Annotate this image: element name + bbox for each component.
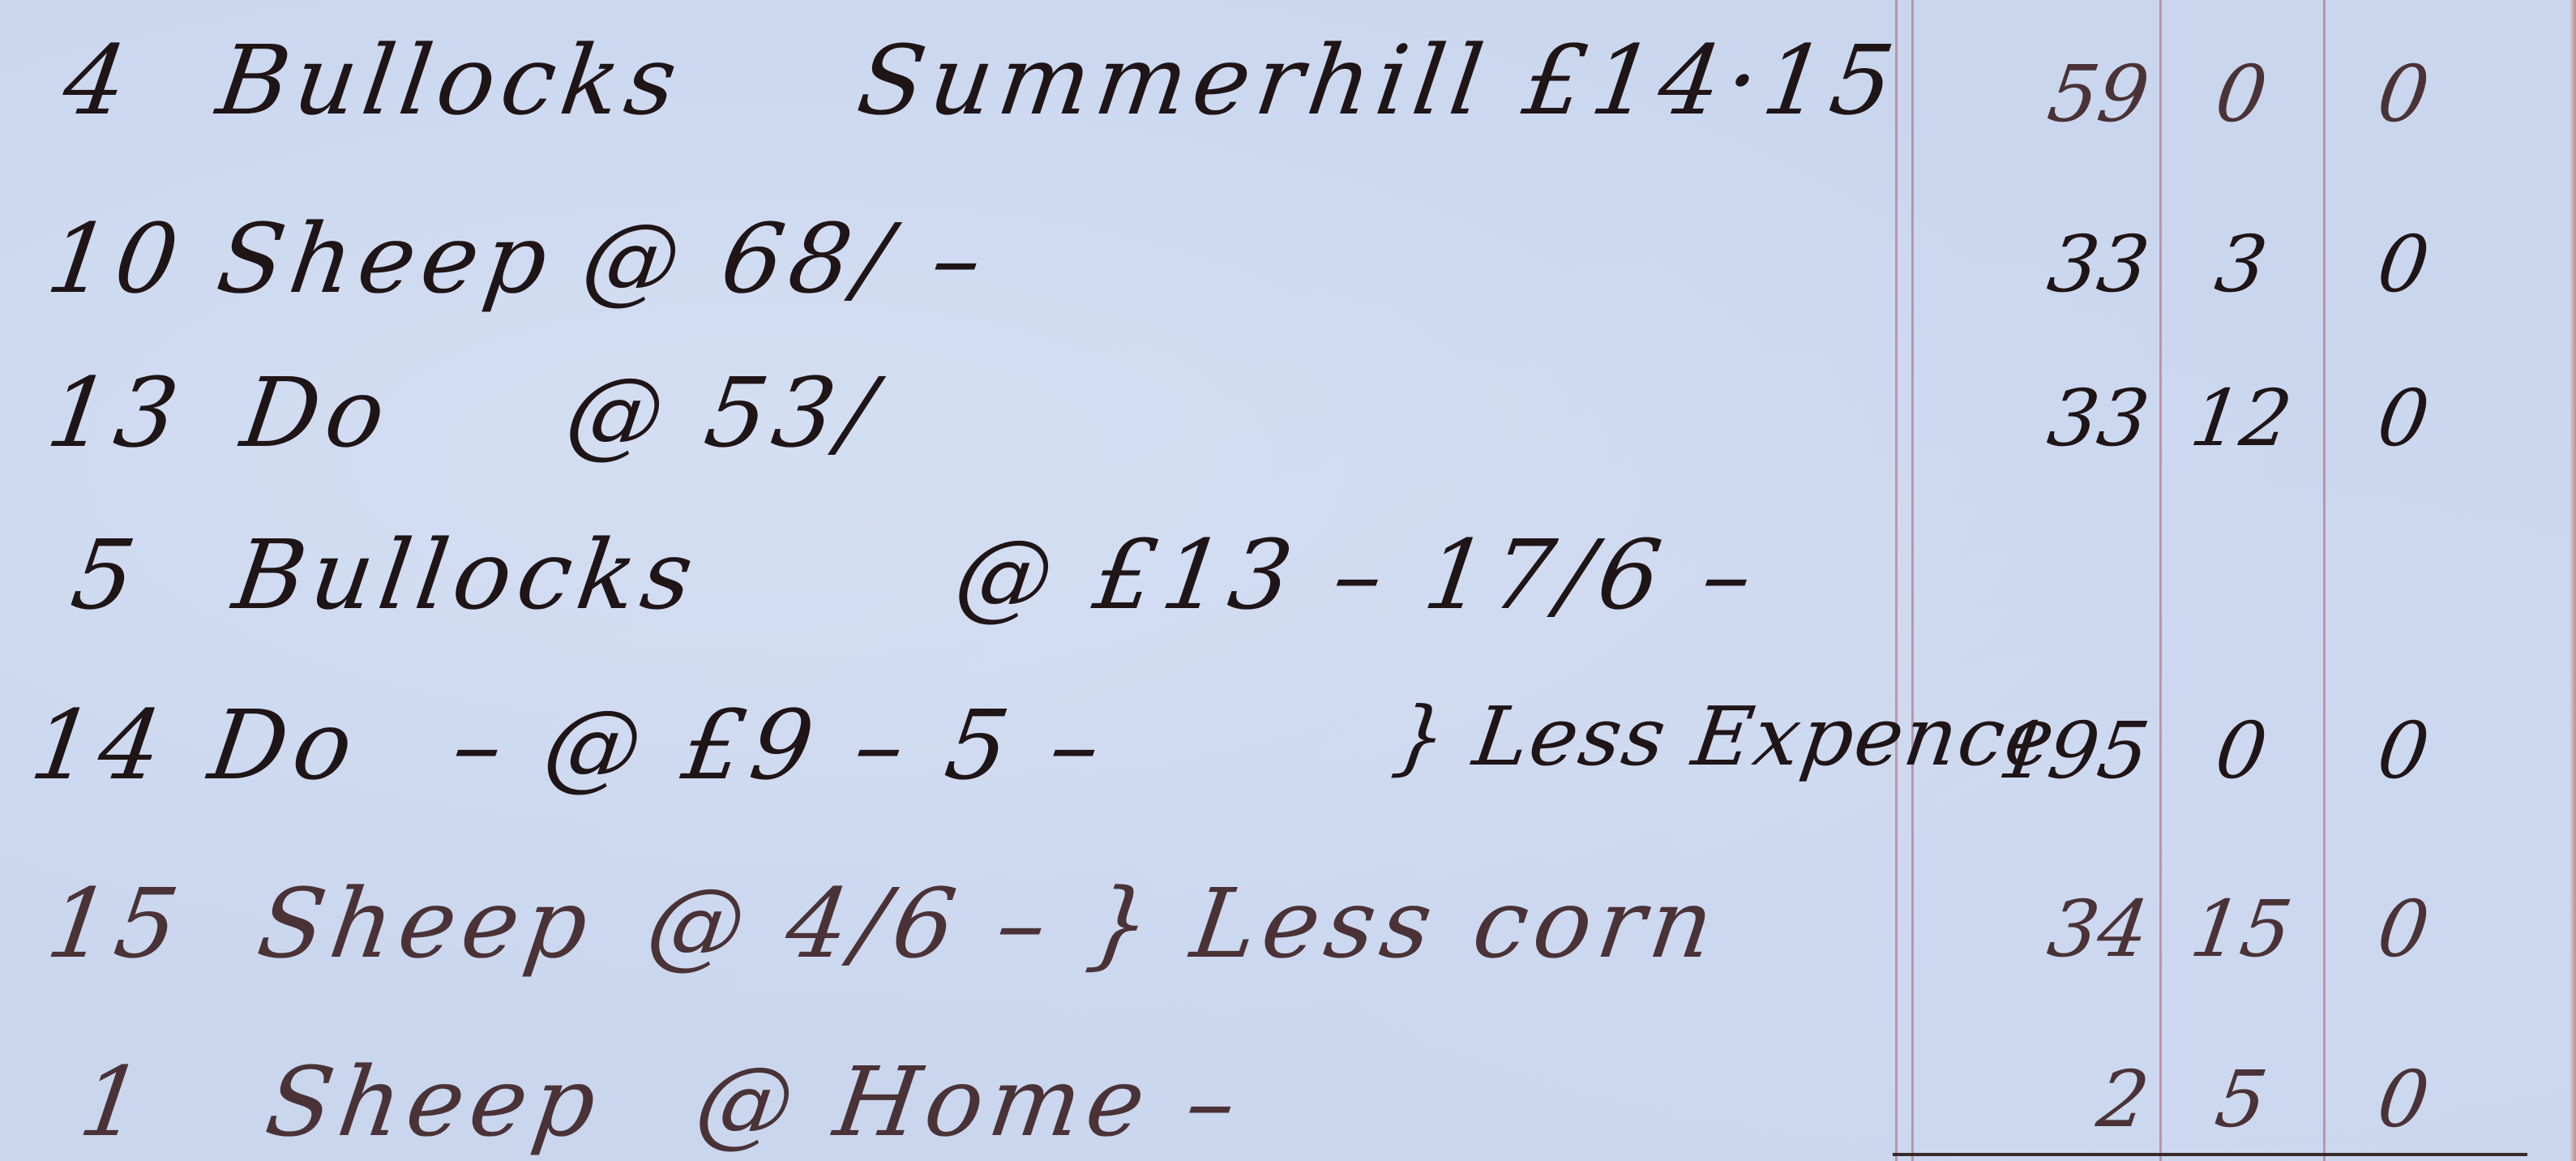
shillings-cell: 15 — [2174, 884, 2309, 975]
shillings-cell: 3 — [2174, 219, 2309, 310]
pounds-cell: 34 — [1923, 884, 2155, 975]
pounds-cell: 59 — [1923, 49, 2155, 139]
ledger-row: 4 Bullocks Summerhill £14·15 59 0 0 — [0, 16, 2576, 138]
row-qty: 5 — [65, 519, 148, 631]
pounds-cell: 195 — [1923, 705, 2155, 796]
ledger-row: 14 Do – @ £9 – 5 – } Less Expence 195 0 … — [0, 673, 2576, 795]
row-item: Sheep — [259, 1046, 609, 1158]
row-qty: 4 — [57, 24, 139, 136]
row-detail: @ 4/6 – } Less corn — [640, 868, 1727, 979]
ledger-page: 4 Bullocks Summerhill £14·15 59 0 0 10 S… — [0, 0, 2576, 1161]
pence-cell: 0 — [2332, 1054, 2475, 1145]
ledger-row: 1 Sheep @ Home – 2 5 0 — [0, 1046, 2576, 1161]
pence-cell: 0 — [2332, 373, 2475, 464]
row-qty: 15 — [41, 868, 191, 979]
pence-cell: 0 — [2332, 705, 2475, 796]
row-qty: 13 — [41, 357, 191, 469]
row-qty: 14 — [24, 689, 175, 801]
row-item: Bullocks — [211, 24, 690, 136]
row-item: Do — [235, 357, 398, 469]
pounds-cell: 33 — [1923, 219, 2155, 310]
ledger-row: 13 Do @ 53/ 33 12 0 — [0, 341, 2576, 462]
pence-cell: 0 — [2332, 219, 2475, 310]
row-detail: @ 68/ – — [576, 203, 995, 315]
pounds-cell: 2 — [1923, 1054, 2155, 1145]
row-detail: @ Home – — [689, 1046, 1249, 1158]
row-qty: 1 — [73, 1046, 156, 1158]
pounds-cell: 33 — [1923, 373, 2155, 464]
shillings-cell: 12 — [2174, 373, 2309, 464]
row-qty: 10 — [41, 203, 191, 315]
row-item: Sheep — [211, 203, 560, 315]
shillings-cell: 0 — [2174, 705, 2309, 796]
row-detail: – @ £9 – 5 – — [446, 689, 1113, 801]
ledger-row: 15 Sheep @ 4/6 – } Less corn 34 15 0 — [0, 859, 2576, 981]
row-item: Do — [203, 689, 366, 801]
pence-cell: 0 — [2332, 884, 2475, 975]
shillings-cell: 0 — [2174, 49, 2309, 139]
row-detail: @ 53/ — [559, 357, 888, 469]
row-detail: @ £13 – 17/6 – — [948, 519, 1765, 631]
ledger-row: 10 Sheep @ 68/ – 33 3 0 — [0, 186, 2576, 308]
ledger-row: 5 Bullocks @ £13 – 17/6 – — [0, 503, 2576, 624]
row-item: Sheep — [251, 868, 601, 979]
pence-cell: 0 — [2332, 49, 2475, 139]
row-item: Bullocks — [227, 519, 706, 631]
shillings-cell: 5 — [2174, 1054, 2309, 1145]
row-detail: Summerhill £14·15 — [851, 24, 1906, 136]
